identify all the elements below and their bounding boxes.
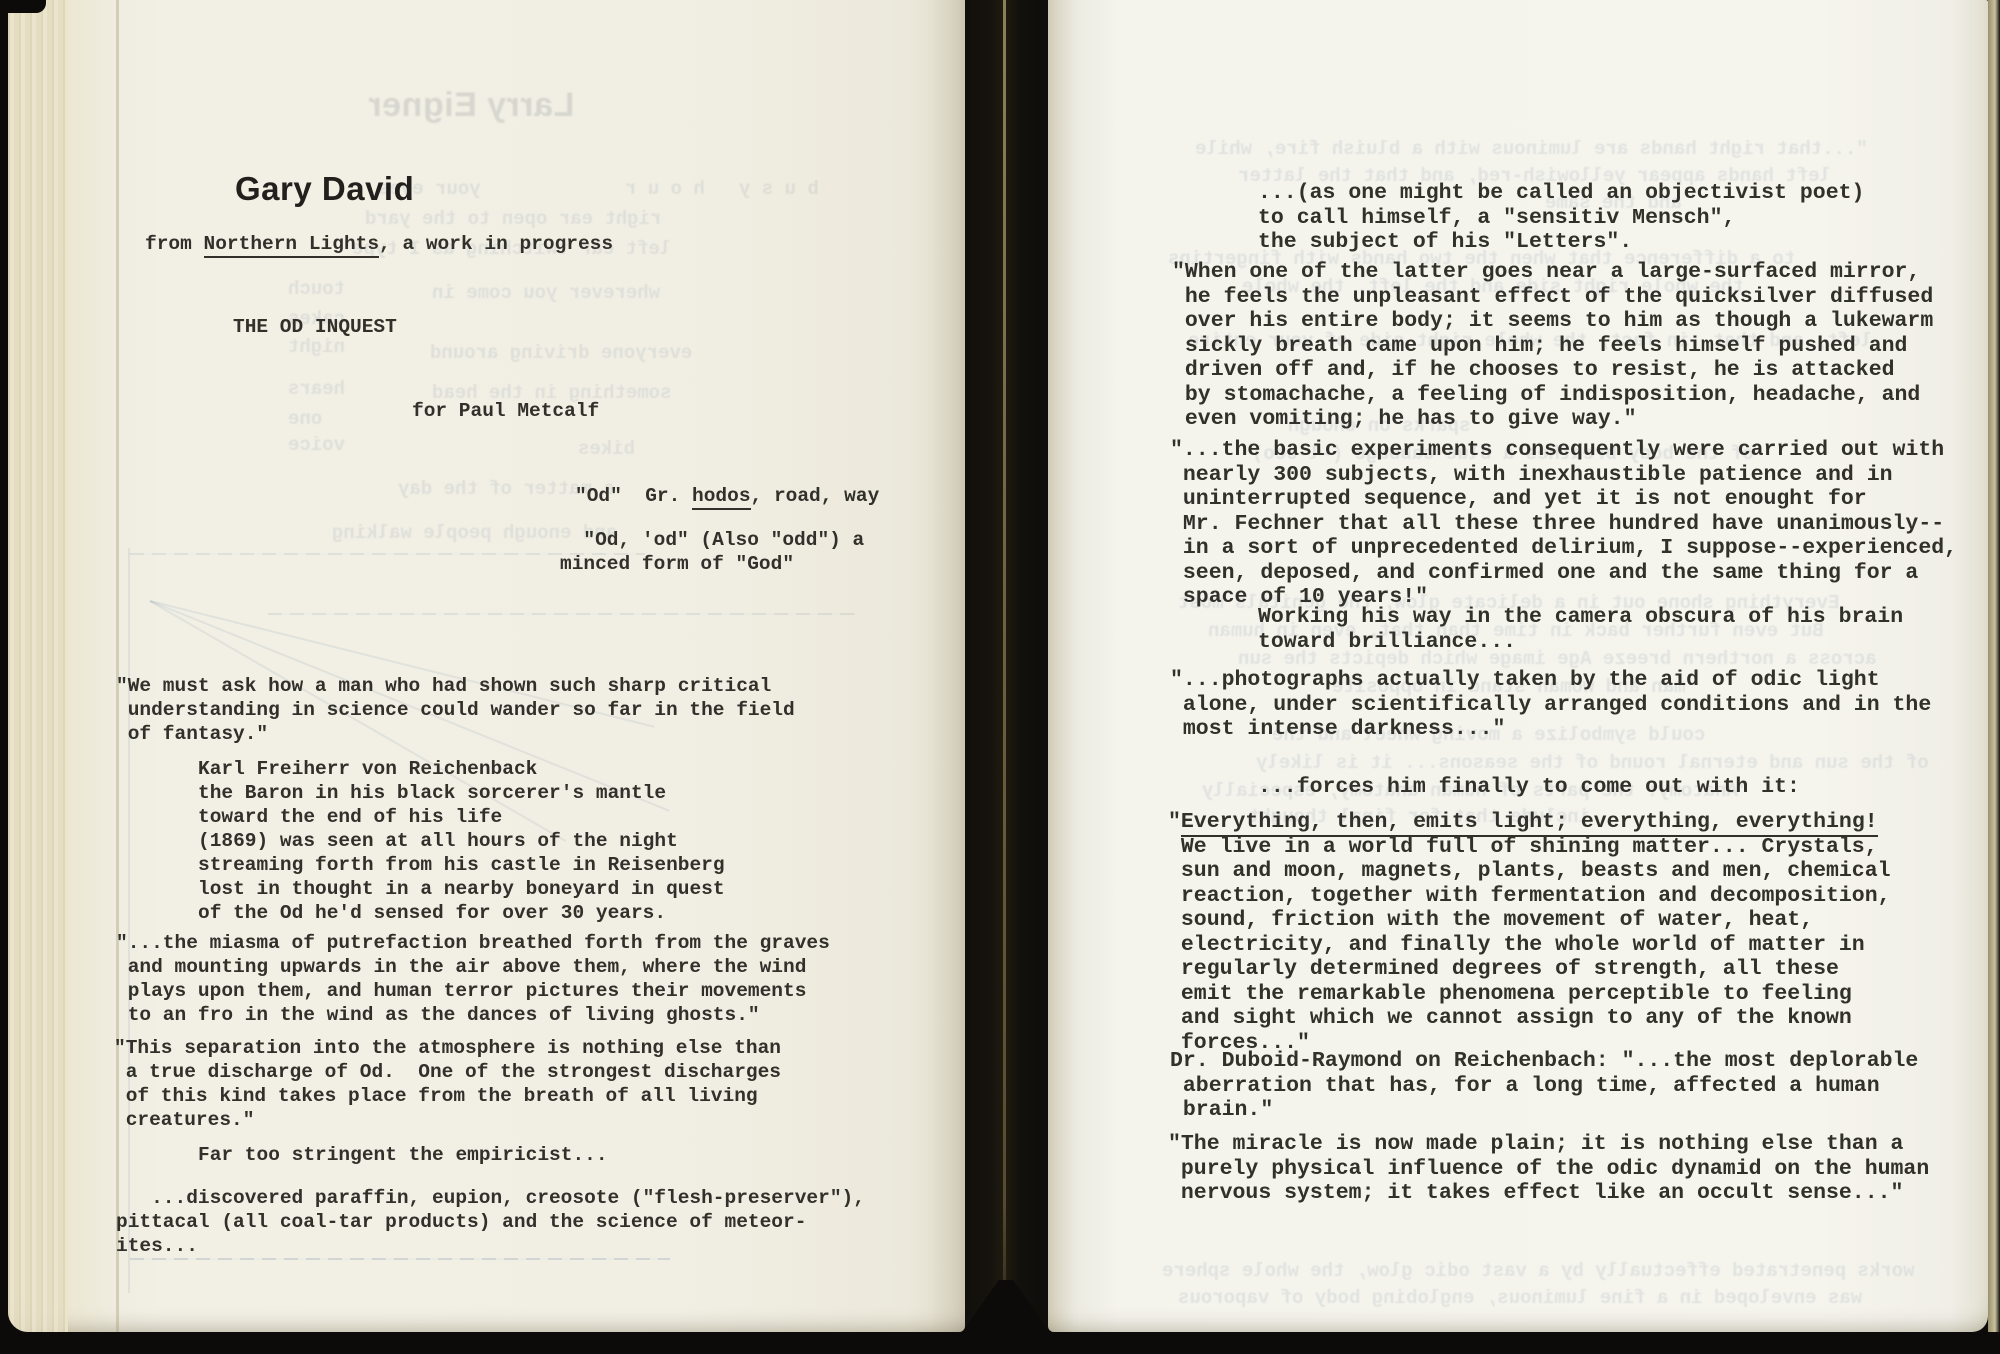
page-edge-crease xyxy=(116,0,119,1332)
paragraph-mirror-quicksilver: "When one of the latter goes near a larg… xyxy=(1172,260,1933,432)
paragraph-discovered-paraffin: ...discovered paraffin, eupion, creosote… xyxy=(116,1186,865,1258)
line-forces-him-finally: ...forces him finally to come out with i… xyxy=(1258,775,1800,800)
od-def-suffix: , road, way xyxy=(751,485,880,507)
verse-block-camera-obscura: Working his way in the camera obscura of… xyxy=(1258,605,1903,654)
book-photo-background: { "colors": { "background": "#0c0b09", "… xyxy=(0,0,2000,1354)
work-source-line: from Northern Lights, a work in progress xyxy=(145,232,613,256)
paragraph-everything-emits-light: "Everything, then, emits light; everythi… xyxy=(1168,810,1891,1055)
background-corner-notch xyxy=(0,0,46,13)
od-definition-greek: "Od" Gr. hodos, road, way xyxy=(575,484,879,508)
line-far-too-stringent: Far too stringent the empiricist... xyxy=(198,1143,608,1167)
paragraph-objectivist-poet: ...(as one might be called an objectivis… xyxy=(1258,181,1864,255)
paragraph-duboid-raymond: Dr. Duboid-Raymond on Reichenbach: "...t… xyxy=(1170,1049,1918,1123)
work-source-suffix: , a work in progress xyxy=(379,233,613,255)
paragraph-miracle-made-plain: "The miracle is now made plain; it is no… xyxy=(1168,1132,1929,1206)
everything-quote-mark: " xyxy=(1168,810,1181,834)
poem-title: THE OD INQUEST xyxy=(233,315,397,339)
verse-block-karl-reichenback: Karl Freiherr von Reichenback the Baron … xyxy=(198,757,725,925)
work-source-prefix: from xyxy=(145,233,204,255)
paragraph-basic-experiments: "...the basic experiments consequently w… xyxy=(1170,438,1957,610)
paragraph-we-must-ask: "We must ask how a man who had shown suc… xyxy=(116,674,795,746)
everything-continuation: We live in a world full of shining matte… xyxy=(1168,835,1891,1056)
od-def-prefix: "Od" Gr. xyxy=(575,485,692,507)
paragraph-miasma: "...the miasma of putrefaction breathed … xyxy=(116,931,830,1027)
everything-underlined-line: Everything, then, emits light; everythin… xyxy=(1181,810,1878,837)
page-left xyxy=(8,0,965,1332)
paragraph-separation: "This separation into the atmosphere is … xyxy=(114,1036,781,1132)
author-name: Gary David xyxy=(235,172,414,205)
work-title-underlined: Northern Lights xyxy=(204,233,380,258)
book-gutter-line xyxy=(1003,0,1006,1332)
page-edge-stack-right xyxy=(1988,0,2000,1332)
page-edge-stack-left xyxy=(8,0,68,1332)
paragraph-odic-photographs: "...photographs actually taken by the ai… xyxy=(1170,668,1931,742)
dedication-line: for Paul Metcalf xyxy=(412,399,599,423)
od-definition-minced: "Od, 'od" (Also "odd") a minced form of … xyxy=(560,528,864,576)
book-gutter-bottom-notch xyxy=(961,1280,1051,1334)
od-def-hodos-underlined: hodos xyxy=(692,485,751,510)
